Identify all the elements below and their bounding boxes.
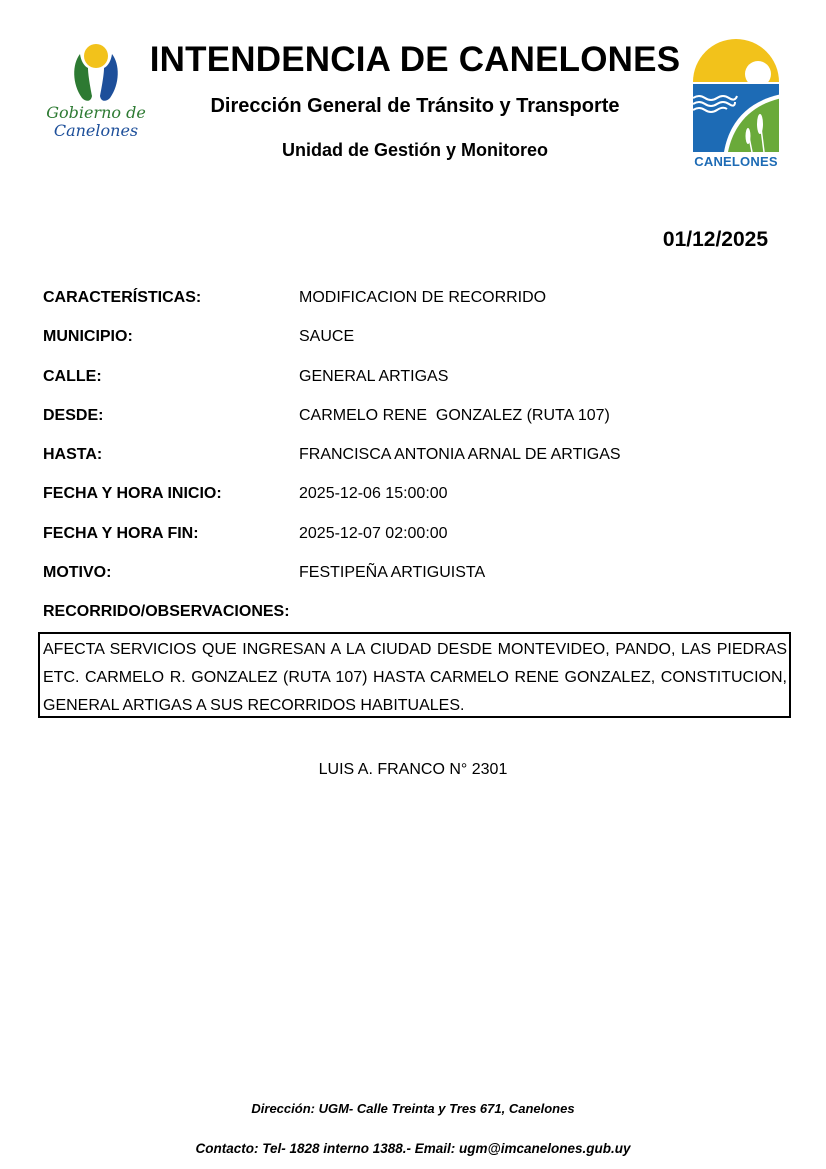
canelones-logo: CANELONES	[690, 36, 782, 172]
footer-address: Dirección: UGM- Calle Treinta y Tres 671…	[0, 1101, 826, 1116]
field-municipio: MUNICIPIO: SAUCE	[43, 328, 783, 352]
field-label: HASTA:	[43, 446, 102, 464]
field-value: 2025-12-07 02:00:00	[299, 525, 448, 543]
gobierno-de-canelones-logo: Gobierno de Canelones	[44, 42, 148, 142]
field-label: CARACTERÍSTICAS:	[43, 289, 201, 307]
field-label: DESDE:	[43, 407, 103, 425]
field-label: FECHA Y HORA INICIO:	[43, 485, 222, 503]
field-fecha-inicio: FECHA Y HORA INICIO: 2025-12-06 15:00:00	[43, 485, 783, 509]
gobierno-logo-icon	[70, 42, 122, 104]
field-label: CALLE:	[43, 368, 102, 386]
field-desde: DESDE: CARMELO RENE GONZALEZ (RUTA 107)	[43, 407, 783, 431]
logo-left-line2: Canelones	[36, 121, 156, 140]
canelones-emblem-icon	[690, 36, 782, 152]
field-value: GENERAL ARTIGAS	[299, 368, 448, 386]
signature: LUIS A. FRANCO N° 2301	[0, 761, 826, 779]
footer-contact: Contacto: Tel- 1828 interno 1388.- Email…	[0, 1141, 826, 1156]
page-subtitle: Dirección General de Tránsito y Transpor…	[140, 95, 690, 118]
observations-box: AFECTA SERVICIOS QUE INGRESAN A LA CIUDA…	[38, 632, 791, 718]
field-motivo: MOTIVO: FESTIPEÑA ARTIGUISTA	[43, 564, 783, 588]
document-date: 01/12/2025	[663, 228, 768, 252]
field-label: MUNICIPIO:	[43, 328, 133, 346]
unit-name: Unidad de Gestión y Monitoreo	[140, 140, 690, 161]
field-value: FRANCISCA ANTONIA ARNAL DE ARTIGAS	[299, 446, 621, 464]
logo-right-text: CANELONES	[690, 154, 782, 169]
field-label: FECHA Y HORA FIN:	[43, 525, 199, 543]
field-calle: CALLE: GENERAL ARTIGAS	[43, 368, 783, 392]
field-caracteristicas: CARACTERÍSTICAS: MODIFICACION DE RECORRI…	[43, 289, 783, 313]
observations-label: RECORRIDO/OBSERVACIONES:	[43, 603, 290, 621]
field-value: CARMELO RENE GONZALEZ (RUTA 107)	[299, 407, 610, 425]
field-value: 2025-12-06 15:00:00	[299, 485, 448, 503]
field-label: MOTIVO:	[43, 564, 111, 582]
field-fecha-fin: FECHA Y HORA FIN: 2025-12-07 02:00:00	[43, 525, 783, 549]
field-value: FESTIPEÑA ARTIGUISTA	[299, 564, 485, 582]
field-value: SAUCE	[299, 328, 354, 346]
field-value: MODIFICACION DE RECORRIDO	[299, 289, 546, 307]
field-hasta: HASTA: FRANCISCA ANTONIA ARNAL DE ARTIGA…	[43, 446, 783, 470]
page-title: INTENDENCIA DE CANELONES	[140, 40, 690, 80]
logo-left-line1: Gobierno de	[36, 103, 156, 122]
